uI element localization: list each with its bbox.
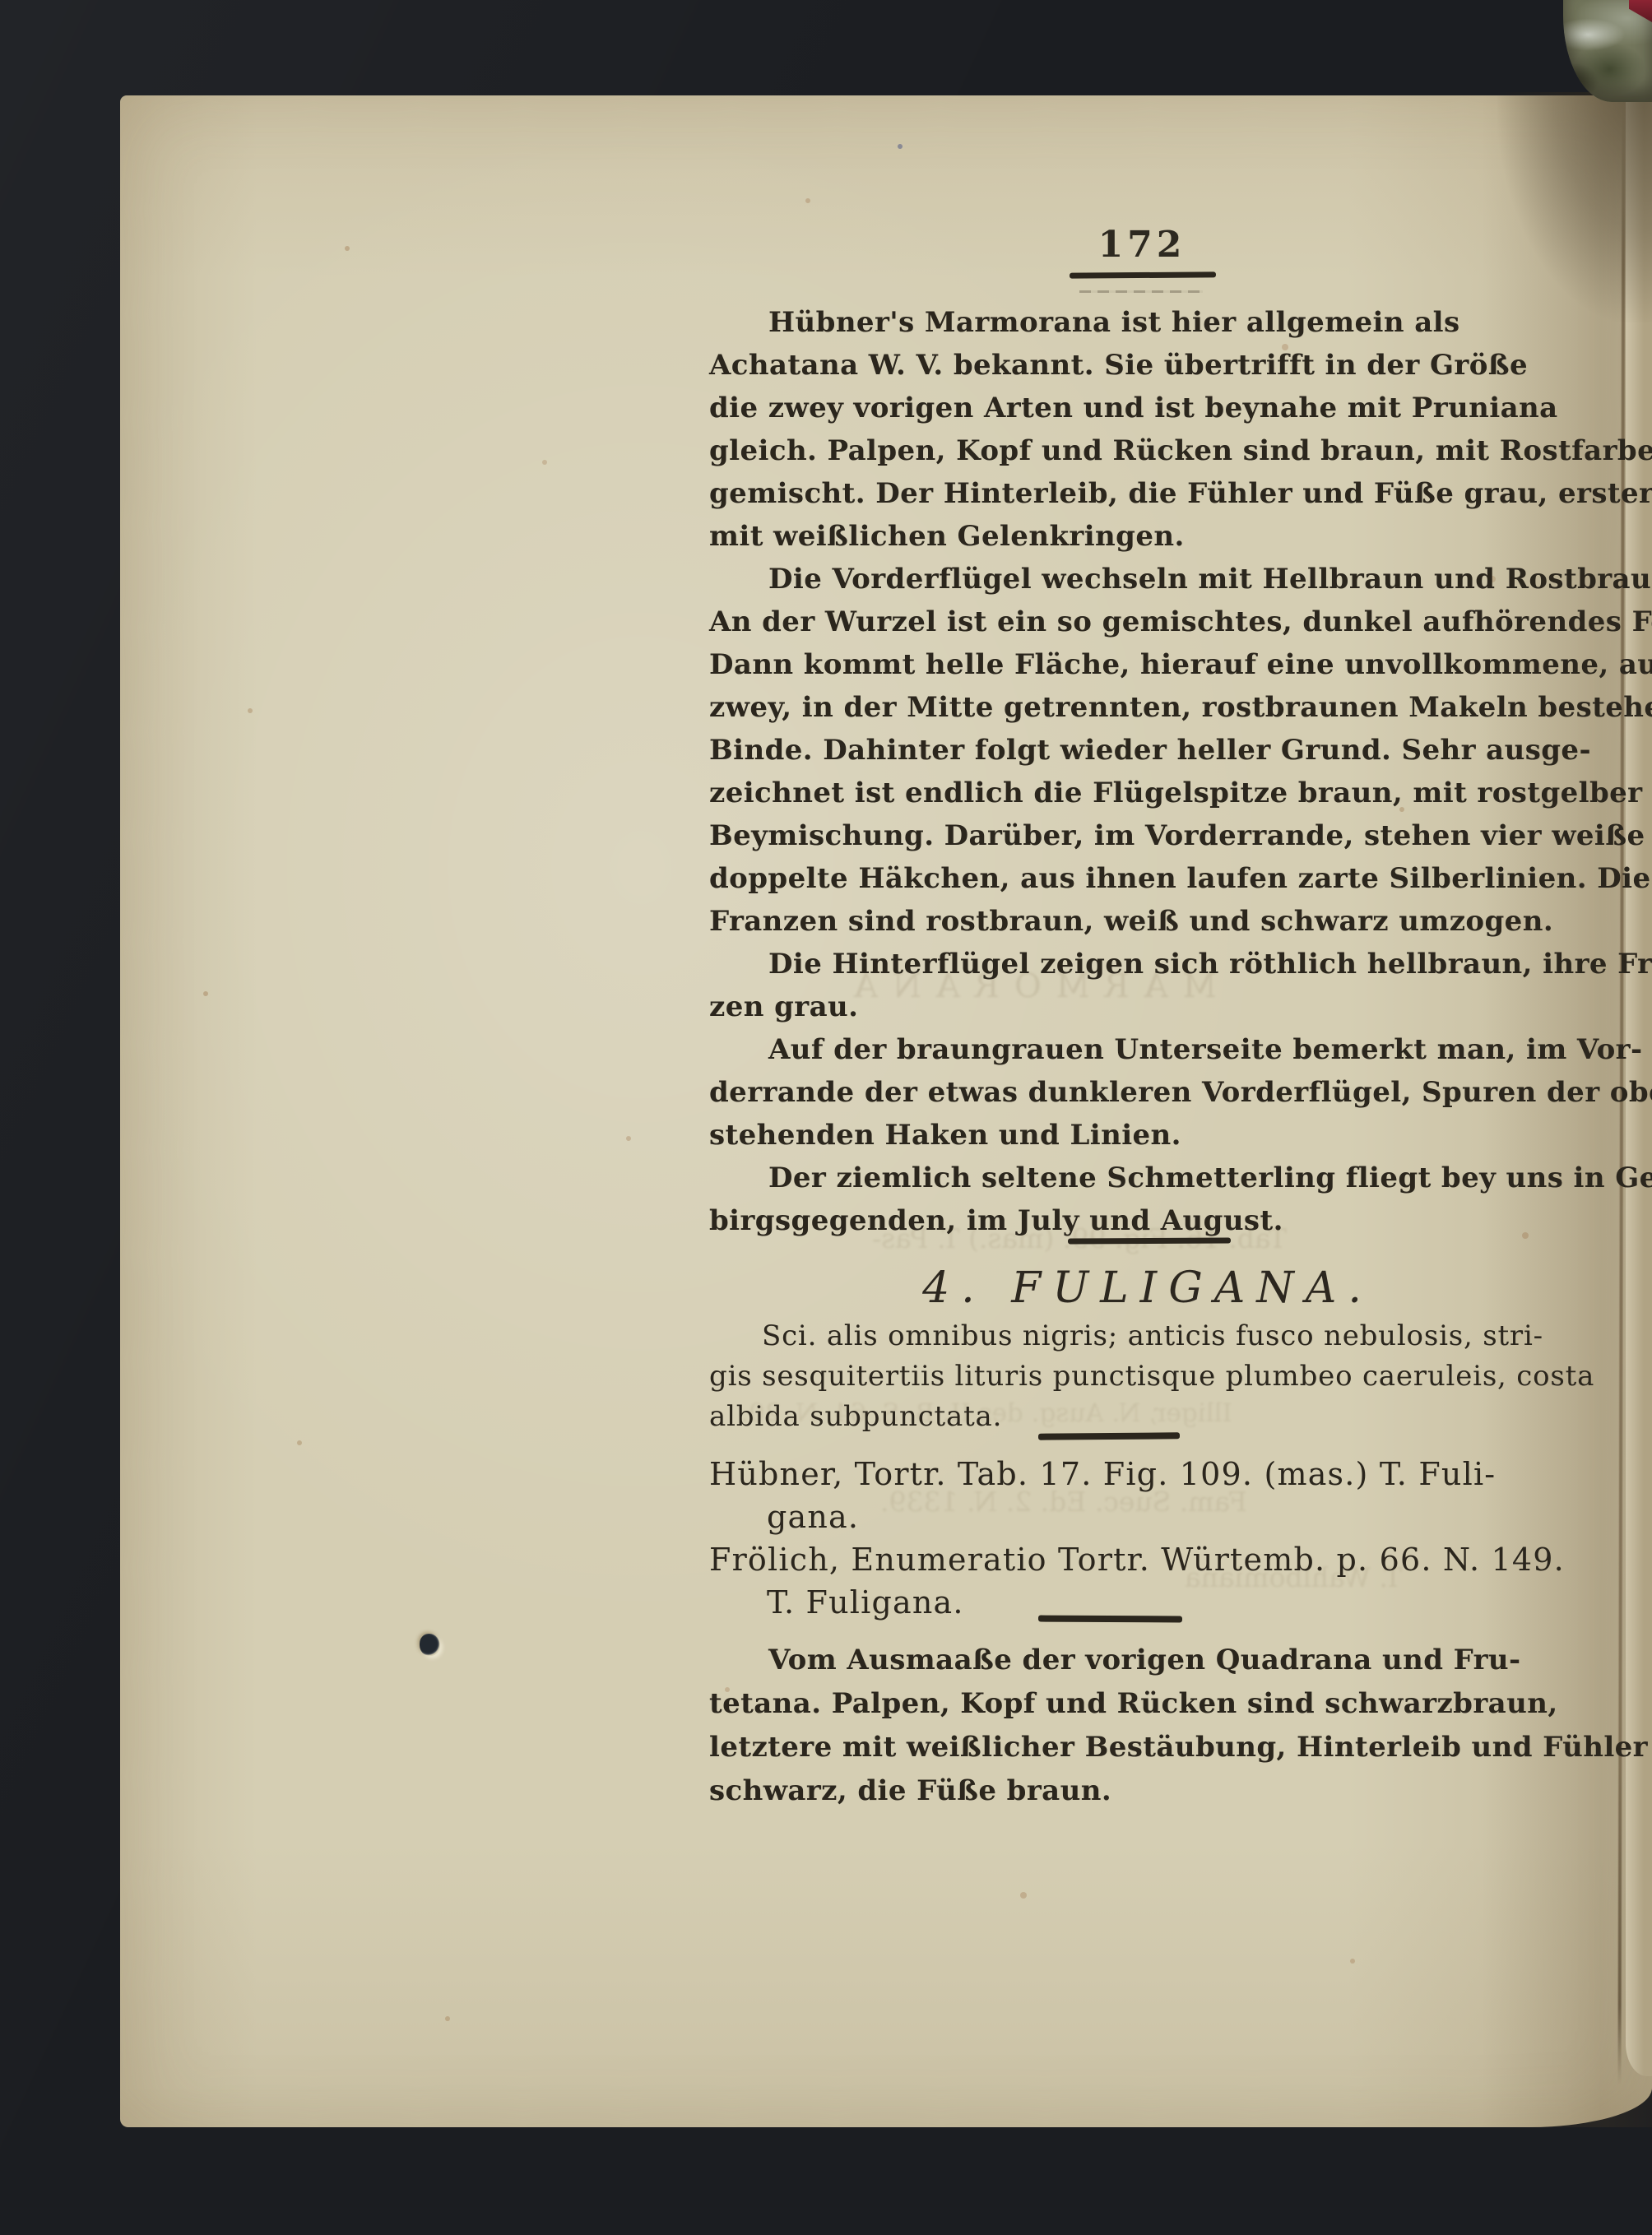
text-line: An der Wurzel ist ein so gemischtes, dun… [709, 600, 1586, 643]
text-line: Vom Ausmaaße der vorigen Quadrana und Fr… [709, 1639, 1586, 1682]
text-line: zen grau. [709, 985, 1586, 1028]
foxing-specks [0, 0, 3, 3]
text-line: albida subpunctata. [709, 1397, 1586, 1437]
text-line: stehenden Haken und Linien. [709, 1114, 1586, 1157]
scanned-page-photo: MARMORANA Tab. 16. Fig. 99. (mas.) T. Pa… [0, 0, 1652, 2235]
text-line: tetana. Palpen, Kopf und Rücken sind sch… [709, 1682, 1586, 1726]
text-line: zeichnet ist endlich die Flügelspitze br… [709, 772, 1586, 814]
text-line: Dann kommt helle Fläche, hierauf eine un… [709, 643, 1586, 686]
page-number-rule-ghost [1079, 290, 1203, 293]
text-line: derrande der etwas dunkleren Vorderflüge… [709, 1071, 1586, 1114]
text-line: Franzen sind rostbraun, weiß und schwarz… [709, 900, 1586, 943]
page-number-rule [1070, 271, 1216, 278]
paragraph-forewings: Die Vorderflügel wechseln mit Hellbraun … [709, 558, 1586, 943]
text-line: Hübner's Marmorana ist hier allgemein al… [709, 301, 1586, 344]
wormhole-blemish [420, 1634, 440, 1656]
text-line: Beymischung. Darüber, im Vorderrande, st… [709, 814, 1586, 857]
text-line: gis sesquitertiis lituris punctisque plu… [709, 1356, 1586, 1397]
text-line: Binde. Dahinter folgt wieder heller Grun… [709, 729, 1586, 772]
text-line: Der ziemlich seltene Schmetterling flieg… [709, 1157, 1586, 1199]
text-line: Die Vorderflügel wechseln mit Hellbraun … [709, 558, 1586, 600]
reference-froelich: Frölich, Enumeratio Tortr. Würtemb. p. 6… [709, 1538, 1598, 1624]
paragraph-flight-season: Der ziemlich seltene Schmetterling flieg… [709, 1157, 1586, 1242]
text-line: gana. [767, 1495, 1598, 1538]
page-number: 172 [1060, 224, 1224, 266]
text-line: die zwey vorigen Arten und ist beynahe m… [709, 387, 1586, 429]
references-divider-rule [1038, 1616, 1182, 1623]
section-divider-rule [1068, 1237, 1231, 1244]
text-line: zwey, in der Mitte getrennten, rostbraun… [709, 686, 1586, 729]
text-line: mit weißlichen Gelenkringen. [709, 515, 1586, 558]
paragraph-marmorana-description: Hübner's Marmorana ist hier allgemein al… [709, 301, 1586, 558]
text-line: gemischt. Der Hinterleib, die Fühler und… [709, 472, 1586, 515]
text-line: doppelte Häkchen, aus ihnen laufen zarte… [709, 857, 1586, 900]
text-line: Auf der braungrauen Unterseite bemerkt m… [709, 1028, 1586, 1071]
text-line: birgsgegenden, im July und August. [709, 1199, 1586, 1242]
marbled-book-edge [1563, 0, 1652, 102]
text-line: Die Hinterflügel zeigen sich röthlich he… [709, 943, 1586, 985]
latin-diagnosis: Sci. alis omnibus nigris; anticis fusco … [709, 1316, 1586, 1437]
text-line: letztere mit weißlicher Bestäubung, Hint… [709, 1726, 1586, 1769]
paragraph-fuligana-description: Vom Ausmaaße der vorigen Quadrana und Fr… [709, 1639, 1586, 1813]
diagnosis-divider-rule [1038, 1432, 1180, 1440]
paragraph-hindwings: Die Hinterflügel zeigen sich röthlich he… [709, 943, 1586, 1028]
text-line: schwarz, die Füße braun. [709, 1769, 1586, 1813]
text-line: Hübner, Tortr. Tab. 17. Fig. 109. (mas.)… [709, 1453, 1598, 1495]
reference-huebner: Hübner, Tortr. Tab. 17. Fig. 109. (mas.)… [709, 1453, 1598, 1538]
text-line: Frölich, Enumeratio Tortr. Würtemb. p. 6… [709, 1538, 1598, 1581]
species-heading-fuligana: 4. FULIGANA. [709, 1264, 1586, 1313]
text-line: Achatana W. V. bekannt. Sie übertrifft i… [709, 344, 1586, 387]
text-line: Sci. alis omnibus nigris; anticis fusco … [709, 1316, 1586, 1356]
paragraph-underside: Auf der braungrauen Unterseite bemerkt m… [709, 1028, 1586, 1157]
text-line: gleich. Palpen, Kopf und Rücken sind bra… [709, 429, 1586, 472]
